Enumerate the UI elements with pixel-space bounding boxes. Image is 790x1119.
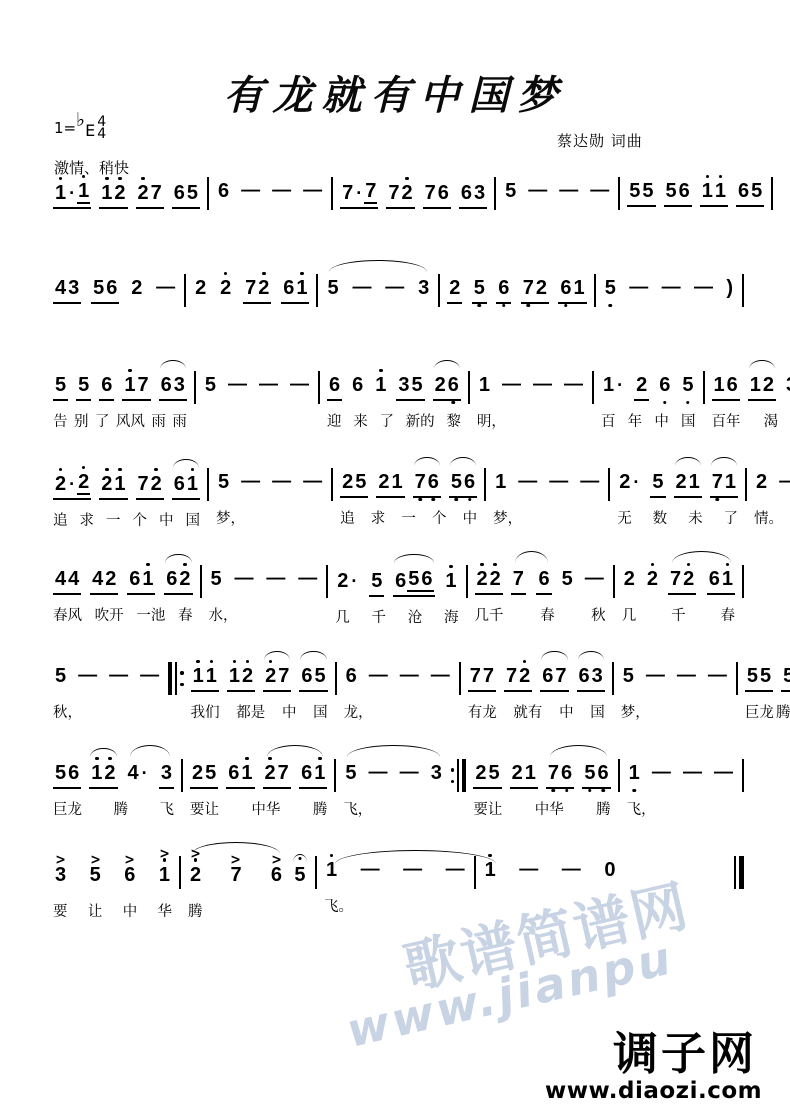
note: 2 [264,655,277,687]
note: 5 [326,267,339,299]
note-digit: 1 [374,374,387,396]
lyric: 中 [159,509,174,530]
note-digit: 1 [494,471,507,493]
lyric: 别 [74,410,89,431]
measure: 5561763告别了风风雨雨 [46,364,194,431]
note: 6 [597,752,610,784]
note: — [561,849,582,881]
note: 1 [573,267,586,299]
lyric: 吹开 [95,604,124,625]
octave-zone: > [91,854,100,864]
note: 7 [137,463,150,495]
notes-row: 6——— [340,655,456,692]
note-group: — [500,364,523,401]
slur-group: 7261 [664,558,739,595]
note: 1 [90,752,103,784]
note-group: 61 [226,752,254,789]
note-digit: 5 [186,182,199,204]
octave-zone [82,170,86,180]
octave-dot-up [687,563,691,567]
note-group: — [138,655,161,692]
measure: 6613526迎来了新的黎 [320,364,468,431]
lyric: 腾 [313,798,328,819]
octave-zone [262,267,266,277]
note-digit: 6 [658,374,671,396]
octave-zone [293,854,307,864]
note-group: — [627,267,650,304]
note: 1 [77,170,90,204]
note-digit: 5 [210,568,223,590]
note-group: 72 [504,655,532,692]
note: 1 [701,170,714,202]
note-digit: 6 [173,182,186,204]
dash: — [240,180,261,202]
note-group: 2 [447,267,462,304]
octave-dot-up [726,563,730,567]
note-group: 5 [53,364,68,401]
note: 5 [204,364,217,396]
score: 1·11227656———7·77276635———5556116543562—… [46,170,744,946]
note: 1 [714,170,727,202]
note-digit: 2 [219,277,232,299]
note: >6 [123,854,136,886]
note: 0 [603,849,616,881]
lyric: 新的 [406,410,435,431]
lyric: 飞。 [324,895,353,916]
note-digit: 2 [434,374,447,396]
note-digit: 2 [54,473,67,495]
note: 5 [210,558,223,590]
note: 6 [328,364,341,396]
note-group: 22 [475,558,503,595]
note-group: 61 [299,752,327,789]
note-digit: 5 [665,180,678,202]
notes-row: 2·52171 [613,461,742,498]
note: — [384,267,405,299]
note: 2 [755,461,768,493]
note: 1 [113,463,126,495]
note-digit: 5 [92,277,105,299]
dash: — [628,277,649,299]
note-digit: 7 [711,471,724,493]
lyric: 渴 [764,410,779,431]
octave-dot-down [663,401,667,405]
note: 5 [651,461,664,493]
lyrics-row: 腾 [184,900,312,921]
lyrics-row: 我们都是中国 [187,701,332,722]
accent-mark: > [90,853,101,864]
note-digit: 5 [750,180,763,202]
note-digit: 6 [420,568,433,590]
note-group: 6 [327,364,342,401]
note: — [265,558,286,590]
augmentation-dot: · [349,570,359,592]
note: 6 [173,172,186,204]
lyric: 飞， [627,798,656,819]
notes-row: 2·2217261 [49,461,204,500]
octave-dot-up [141,177,145,181]
note-group: — [233,558,256,595]
repeat-end-barline [451,759,467,792]
barline-stroke [734,856,736,889]
repeat-dot [451,780,455,784]
note-group: 11 [191,655,219,692]
note: 5 [604,267,617,299]
note-group: 5 [603,267,618,304]
octave-dot-up [246,660,250,664]
note: — [579,461,600,493]
note: — [289,364,310,396]
lyrics-row: 迎来了新的黎 [323,410,465,431]
note-digit: 2 [194,277,207,299]
note-digit: 6 [737,180,750,202]
note: 6 [708,558,721,590]
note-group: 17 [122,364,150,401]
note: 5 [782,655,790,687]
note: 3 [67,267,80,299]
octave-dot-up [245,757,249,761]
dash: — [501,374,522,396]
note: — [139,655,160,687]
note-digit: 5 [314,665,327,687]
note: 6 [678,170,691,202]
note-digit: 2 [448,277,461,299]
note-digit: 7 [669,568,682,590]
lyric: 国 [313,701,328,722]
note-digit: 2 [401,182,414,204]
octave-dot-down [452,401,456,405]
note-digit: 5 [604,277,617,299]
note-digit: 4 [54,277,67,299]
note: 2 [137,172,150,204]
footer-site-name: 调子网 [545,1030,757,1077]
measure: 2567261 [440,267,593,304]
note-group: — [367,655,390,692]
note-group: — [301,170,324,207]
note: >3 [54,854,67,886]
note: — [645,655,666,687]
note-digit: 1 [113,473,126,495]
lyric: 水， [209,604,238,625]
note-digit: 3 [473,182,486,204]
dash: — [430,665,451,687]
note-digit: 5 [628,180,641,202]
octave-dot-up [706,175,710,179]
note-digit: 5 [77,374,90,396]
note-digit: 6 [678,180,691,202]
note-group: 3 [159,752,174,789]
note: 5 [561,558,574,590]
note-group: 5 [369,560,384,597]
note-digit: 6 [300,762,313,784]
octave-dot-down [609,304,613,308]
octave-dot-up [118,177,122,181]
note-group: — [712,752,735,789]
octave-zone: > [125,854,134,864]
measure: 2———情。 [747,461,790,528]
note-group: 27 [263,752,291,789]
note-digit: 6 [463,471,476,493]
note: 5 [314,655,327,687]
key-prefix: 1= [54,119,76,137]
note-digit: 1 [123,374,136,396]
measure: 2·2217261追求一个中国 [46,461,207,530]
note-group: 2 [622,558,637,595]
octave-zone [154,463,158,473]
note-group: — [588,170,611,207]
note-group: — [660,267,683,304]
note: · [615,364,625,396]
note: 2 [623,558,636,590]
notes-row: 5———) [599,267,739,304]
note-group: 2 [193,267,208,304]
note: 2 [474,752,487,784]
lyric: 春 [540,604,555,625]
lyric: 黎 [446,410,461,431]
note-group: 21 [510,752,538,789]
note: 6 [447,364,460,396]
lyric: 无 [617,507,632,528]
note-digit: 1 [141,568,154,590]
lyrics-row: 水， [205,604,324,625]
notes-row: 5——— [617,655,733,692]
note-digit: 2 [489,568,502,590]
note: 7 [482,655,495,687]
score-line: 5———秋，11122765我们都是中国6———龙，77726763有龙就有中国… [46,655,744,752]
lyric: 百年 [712,410,741,431]
note-group: 1 [493,461,508,498]
notes-row: 25612761 [186,752,331,789]
octave-dot-down [478,304,482,308]
note: 7 [547,752,560,784]
note: 5 [681,364,694,396]
measure: 25217656要让中华腾 [466,752,617,819]
note-group: 61 [127,558,155,595]
note-group: 76 [546,752,574,789]
note-digit: 2 [474,762,487,784]
measure: 55561165 [620,170,771,207]
dash: — [645,665,666,687]
accent-mark: > [271,853,282,864]
lyric: 腾飞 [776,701,790,722]
note: 2 [178,558,191,590]
note-digit: 5 [473,277,486,299]
notes-row: 11122765 [187,655,332,692]
note-digit: 2 [264,762,277,784]
note: >6 [270,854,283,886]
note-digit: 7 [277,665,290,687]
lyrics-row: 要让中华腾 [186,798,331,819]
note-group: 72 [243,267,271,304]
notes-row: 5——— [205,558,324,595]
note-group: — [706,655,729,692]
lyric: 求 [371,507,386,528]
note: 6 [160,364,173,396]
octave-zone: > [160,849,169,864]
note: 2 [646,558,659,590]
dash: — [234,568,255,590]
note: 1 [494,461,507,493]
notes-row: 7·7727663 [336,170,491,209]
note-group: — [517,849,540,886]
slur-group: 2761 [259,752,332,789]
lyric: 龙， [344,701,373,722]
note-digit: 3 [173,374,186,396]
note: — [234,558,255,590]
note: — [302,170,323,202]
measure: 1———飞， [620,752,742,819]
octave-dot-up [318,757,322,761]
note-group: — [526,170,549,207]
note-group: 2 [754,461,769,498]
note: 4 [67,558,80,590]
lyric: 中华 [535,798,564,819]
note-group: 1 [443,560,458,597]
dash: — [265,568,286,590]
notes-row: 5——— [212,461,328,498]
barline [742,274,744,307]
note: 7 [711,461,724,493]
note: 5 [487,752,500,784]
score-line: 5561763告别了风风雨雨5———6613526迎来了新的黎1———明，1·2… [46,364,744,461]
octave-zone [300,267,304,277]
notes-row: 44426162 [49,558,197,595]
notes-row: 22765— [471,558,610,595]
lyric: 一 [106,509,121,530]
octave-dot-up [191,468,195,472]
note: >7 [229,854,242,886]
note-group: 1 [373,364,388,401]
lyric: 秋， [53,701,82,722]
note: 7 [522,267,535,299]
note-group: — [296,558,319,595]
note-digit: 1 [54,182,67,204]
note: — [302,461,323,493]
note-group: — [557,170,580,207]
note-digit: 7 [512,568,525,590]
note: — [240,170,261,202]
lyric: 千 [671,604,686,625]
note-digit: 1 [90,762,103,784]
lyric: 迎 [327,410,342,431]
octave-zone [146,558,150,568]
octave-zone [128,364,132,374]
octave-zone [224,267,228,277]
octave-dot-up [59,468,63,472]
note-digit: 0 [603,859,616,881]
note-group: 12 [99,172,127,209]
note-group: 16 [712,364,740,401]
note-group: >6 [269,854,284,891]
lyric: 了 [95,410,110,431]
lyric: 一池 [136,604,165,625]
note-digit: 5 [450,471,463,493]
note: — [360,849,381,881]
note: 1 [228,655,241,687]
note-digit: 2 [103,762,116,784]
note-group: — [107,655,130,692]
note-digit: 2 [762,374,775,396]
dash: — [351,277,372,299]
note-group: 55 [745,655,773,692]
note-digit: 5 [54,762,67,784]
notes-row: 5——— [49,655,165,692]
octave-dot-down [716,498,720,502]
sheet-music-page: 有龙就有中国梦 1=♭E 4 4 激情、稍快 蔡达勋 词曲 1·11227656… [0,0,790,1119]
dash: — [240,471,261,493]
lyric: 华 [158,900,173,921]
note: 5 [750,170,763,202]
note: 7 [364,170,377,204]
lyric: 国 [681,410,696,431]
dash: — [682,762,703,784]
octave-dot-up [379,369,383,373]
lyric: 巨龙 [745,701,774,722]
accent-mark: > [55,853,66,864]
note-digit: 6 [328,374,341,396]
note: 1 [325,849,338,881]
note-digit: 6 [351,374,364,396]
octave-dot-up [651,563,655,567]
note-group: 21 [674,461,702,498]
note-digit: 1 [444,570,457,592]
note-digit: 4 [67,568,80,590]
lyric: 让 [88,900,103,921]
note: 1 [141,558,154,590]
note-group: 5 [472,267,487,304]
lyric: 中 [463,507,478,528]
note-group: 1 [483,849,498,886]
notes-row: 1·1122765 [49,170,204,209]
measure: 6———龙， [337,655,459,722]
note: — [532,364,553,396]
dash: — [302,471,323,493]
note-digit: 2 [646,568,659,590]
note-group: 76 [423,172,451,209]
octave-dot-down [432,498,436,502]
lyric: 个 [133,509,148,530]
measure: 56124·3巨龙腾飞 [46,752,181,819]
note-digit: 1 [628,762,641,784]
note: 1 [295,267,308,299]
barline-stroke [457,759,459,792]
note-group: 67 [540,655,568,692]
measure: >2>7>65腾 [181,849,315,921]
note-group: 3 [429,752,444,789]
note-group: — [288,364,311,401]
note: — [77,655,98,687]
note-digit: 5 [411,374,424,396]
measure: 1·1122765 [46,170,207,209]
note: 1 [54,172,67,204]
note: 1 [313,752,326,784]
note: 7 [669,558,682,590]
key-note: E [85,121,95,140]
note-group: 63 [159,364,187,401]
note-group: — [239,461,262,498]
octave-zone [706,170,710,180]
note: 2 [675,461,688,493]
note-group: 5 [560,558,575,595]
note-group: — [383,267,406,304]
note-digit: 6 [447,374,460,396]
note-group: 1 [324,849,339,886]
note: — [558,170,579,202]
lyric: 一 [401,507,416,528]
note: 6 [173,463,186,495]
lyric: 腾 [596,798,611,819]
octave-dot-up [154,468,158,472]
